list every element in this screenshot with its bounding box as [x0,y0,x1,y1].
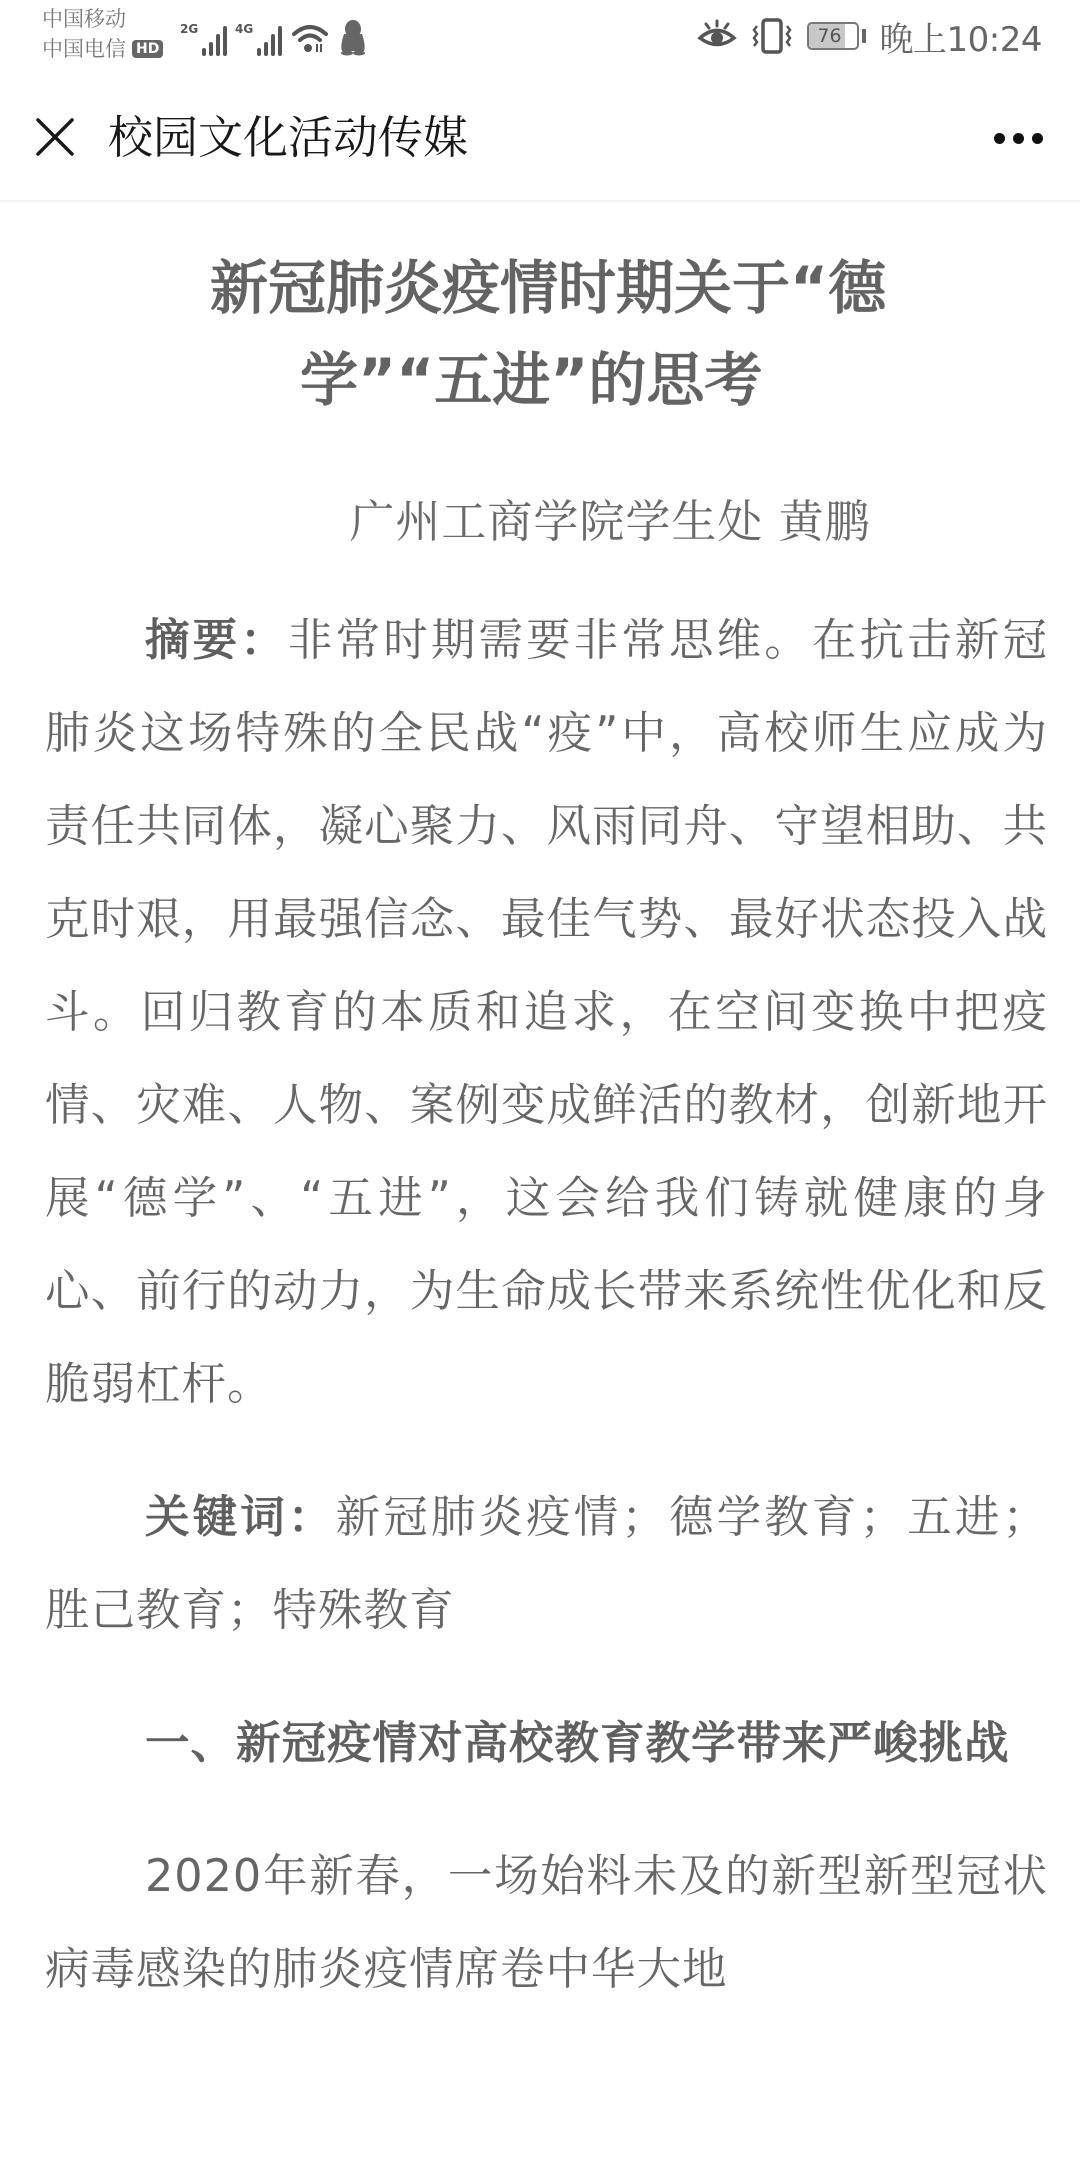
signal-icon: 4G [235,20,282,56]
article-title-line-2: 学”“五进”的思考 [300,334,1000,426]
signal-generation-label: 4G [235,22,253,36]
close-icon [35,117,75,157]
section-body-paragraph: 2020年新春，一场始料未及的新型新型冠状病毒感染的肺炎疫情席卷中华大地 [45,1830,1048,2016]
keywords-paragraph: 关键词：新冠肺炎疫情；德学教育；五进；胜己教育；特殊教育 [45,1471,1048,1657]
more-button[interactable] [986,120,1050,156]
nav-bar: 校园文化活动传媒 [0,72,1080,202]
signal-generation-label: 2G [180,22,198,36]
signal-indicators: 2G 4G [180,16,368,56]
more-icon-dot [1032,133,1043,144]
page-title: 校园文化活动传媒 [108,108,468,168]
wifi-icon [290,20,330,56]
close-button[interactable] [30,112,80,162]
section-heading: 一、新冠疫情对高校教育教学带来严峻挑战 [45,1697,1048,1790]
more-icon-dot [1013,133,1024,144]
article-byline: 广州工商学院学生处 黄鹏 [140,492,1080,552]
carrier-2-label: 中国电信 [42,34,126,64]
eye-care-icon [697,19,737,53]
abstract-paragraph: 摘要：非常时期需要非常思维。在抗击新冠肺炎这场特殊的全民战“疫”中，高校师生应成… [45,594,1048,1431]
carrier-info: 中国移动 中国电信 HD [42,4,163,64]
signal-icon: 2G [180,20,227,56]
status-right-group: 76 晚上10:24 [697,14,1042,58]
article-title: 新冠肺炎疫情时期关于“德 学”“五进”的思考 [200,242,1000,426]
article-title-line-1: 新冠肺炎疫情时期关于“德 [210,242,1000,334]
more-icon-dot [994,133,1005,144]
carrier-1-label: 中国移动 [42,4,126,34]
keywords-label: 关键词： [145,1492,336,1543]
article: 新冠肺炎疫情时期关于“德 学”“五进”的思考 广州工商学院学生处 黄鹏 摘要：非… [0,204,1080,2016]
vibrate-icon [751,18,793,54]
battery-icon: 76 [807,22,866,50]
abstract-label: 摘要： [145,615,288,666]
battery-level: 76 [809,24,851,48]
hd-badge: HD [132,40,163,58]
clock: 晚上10:24 [880,12,1042,61]
status-bar: 中国移动 中国电信 HD 2G 4G [0,0,1080,72]
abstract-text: 非常时期需要非常思维。在抗击新冠肺炎这场特殊的全民战“疫”中，高校师生应成为责任… [45,615,1048,1410]
qq-penguin-icon [338,18,368,56]
